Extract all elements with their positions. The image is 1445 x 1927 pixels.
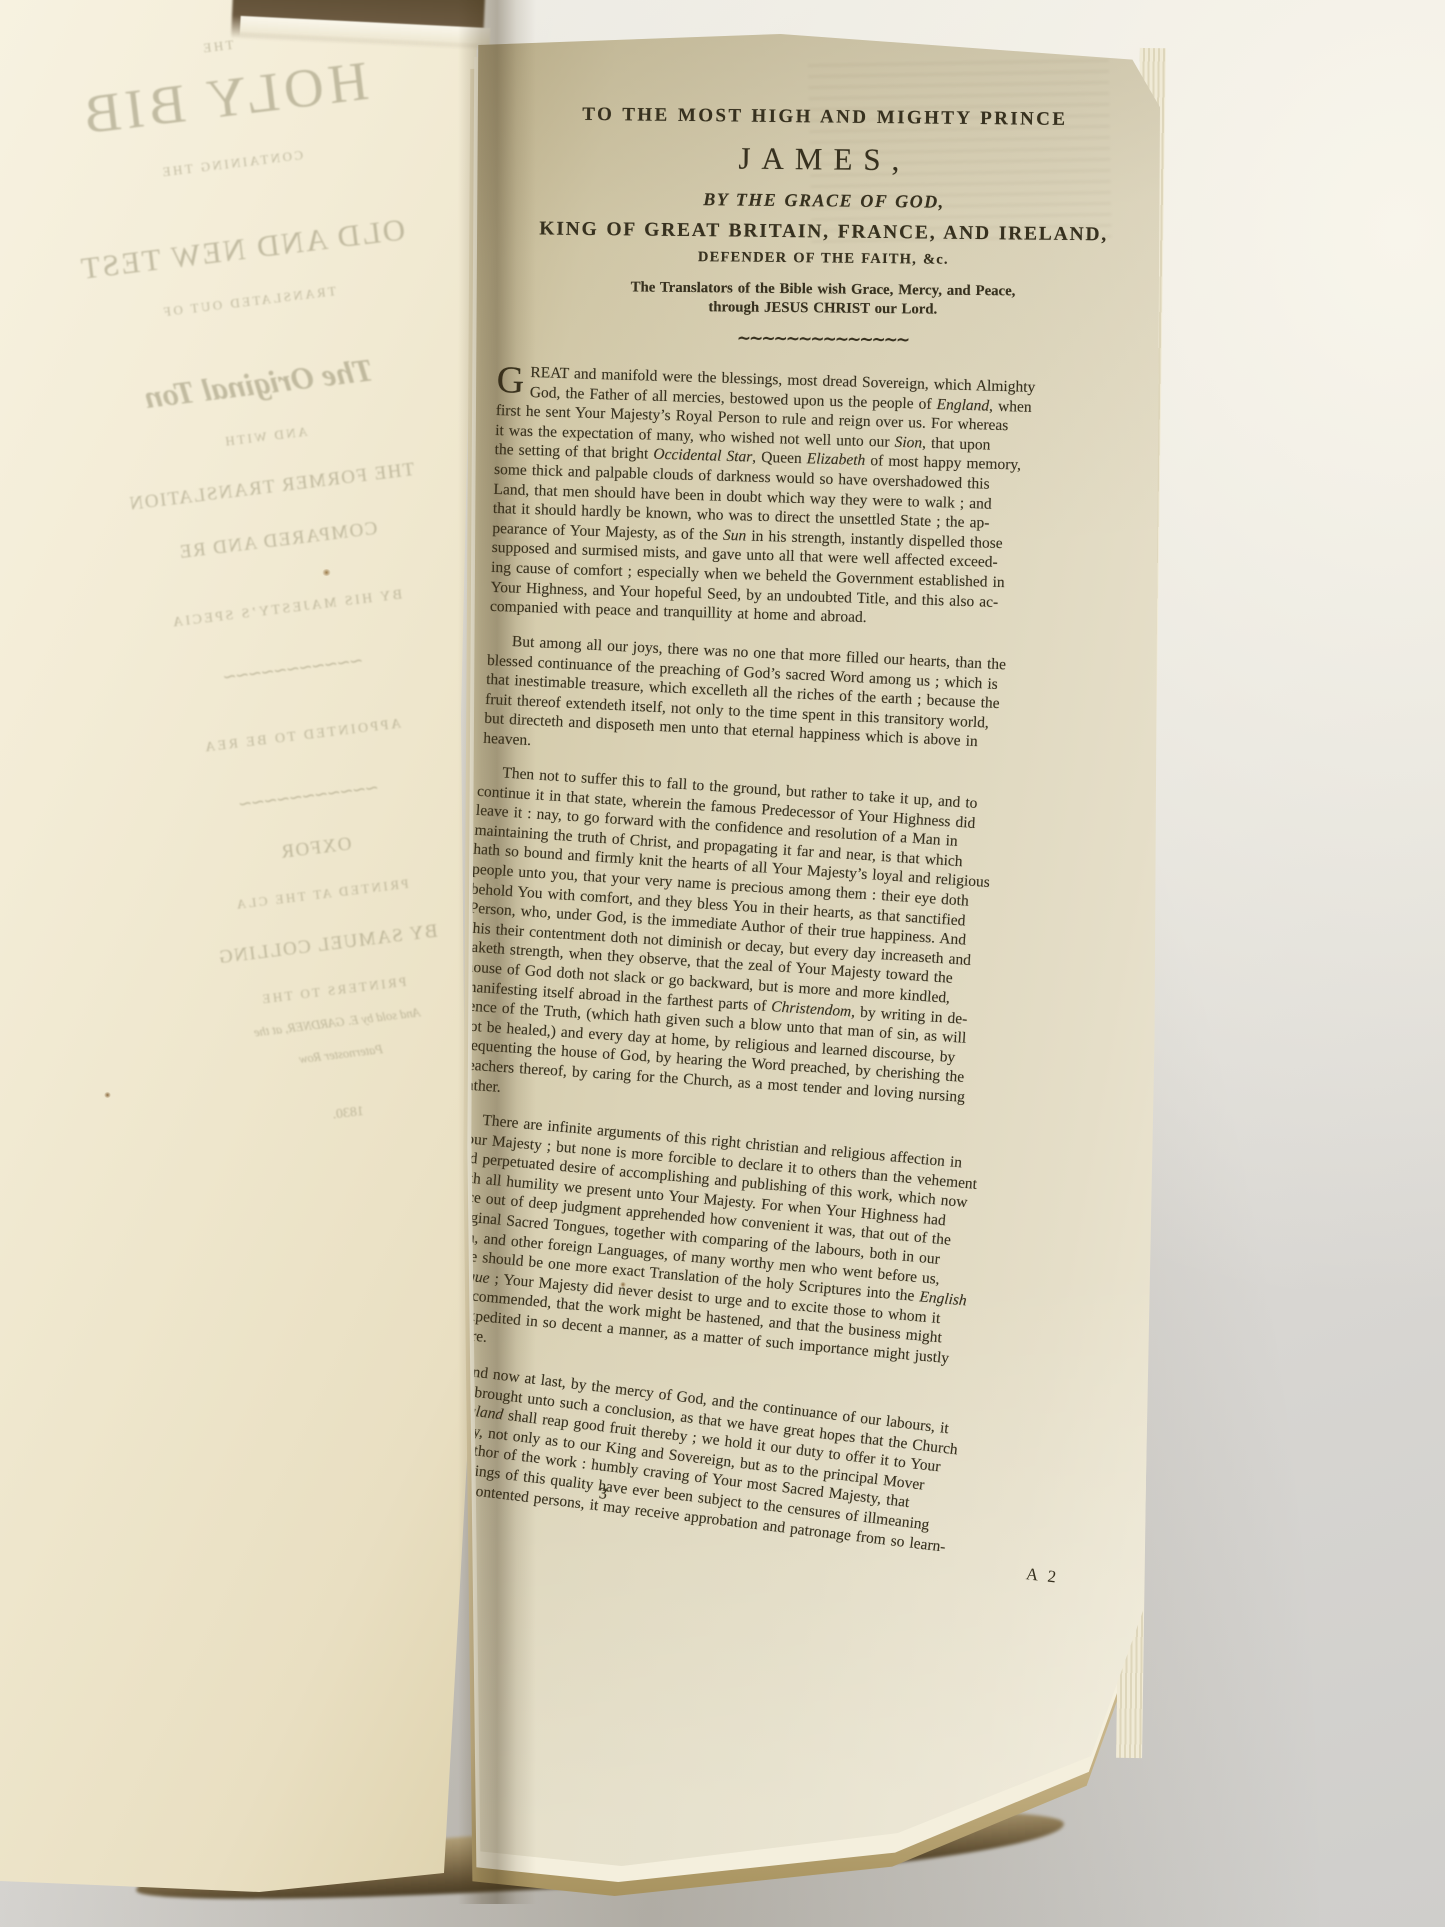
- dedication-heading: TO THE MOST HIGH AND MIGHTY PRINCE JAMES…: [497, 102, 1150, 355]
- ghost-title-line: 1830.: [114, 1077, 478, 1150]
- foxing-spot: [104, 1092, 111, 1098]
- title-page-show-through: THEHOLY BIBCONTAINING THEOLD AND NEW TES…: [0, 0, 478, 1150]
- ghost-title-line: ~~~~~~~~~~~: [75, 758, 478, 835]
- signature-mark: A 2: [1025, 1564, 1060, 1588]
- ghost-title-line: BY HIS MAJESTY’S SPECIA: [52, 573, 478, 646]
- gutter-shadow: [458, 0, 536, 1904]
- dedication-paragraph: GREAT and manifold were the blessings, m…: [490, 362, 1147, 636]
- heading-line-defender: DEFENDER OF THE FAITH, &c.: [498, 245, 1148, 273]
- left-page: THEHOLY BIBCONTAINING THEOLD AND NEW TES…: [0, 0, 478, 1892]
- dedication-text: TO THE MOST HIGH AND MIGHTY PRINCE JAMES…: [485, 102, 1150, 1538]
- right-page: TO THE MOST HIGH AND MIGHTY PRINCE JAMES…: [470, 34, 1160, 1866]
- dedication-paragraph: Then not to suffer this to fall to the g…: [458, 762, 1142, 1137]
- dedication-paragraphs: GREAT and manifold were the blessings, m…: [485, 362, 1147, 1502]
- ghost-title-line: APPOINTED TO BE REA: [68, 700, 478, 773]
- dedication-paragraph: There are infinite arguments of this rig…: [439, 1109, 1137, 1404]
- ghost-title-line: ~~~~~~~~~~~: [59, 631, 478, 708]
- heading-line-king: KING OF GREAT BRITAIN, FRANCE, AND IRELA…: [499, 215, 1149, 250]
- squiggle-divider: ~~~~~~~~~~~~~~: [497, 324, 1147, 355]
- dedication-paragraph: But among all our joys, there was no one…: [483, 631, 1144, 779]
- heading-line-grace: BY THE GRACE OF GOD,: [499, 184, 1149, 218]
- heading-line-james: JAMES,: [499, 133, 1149, 186]
- foxing-spot: [322, 569, 331, 576]
